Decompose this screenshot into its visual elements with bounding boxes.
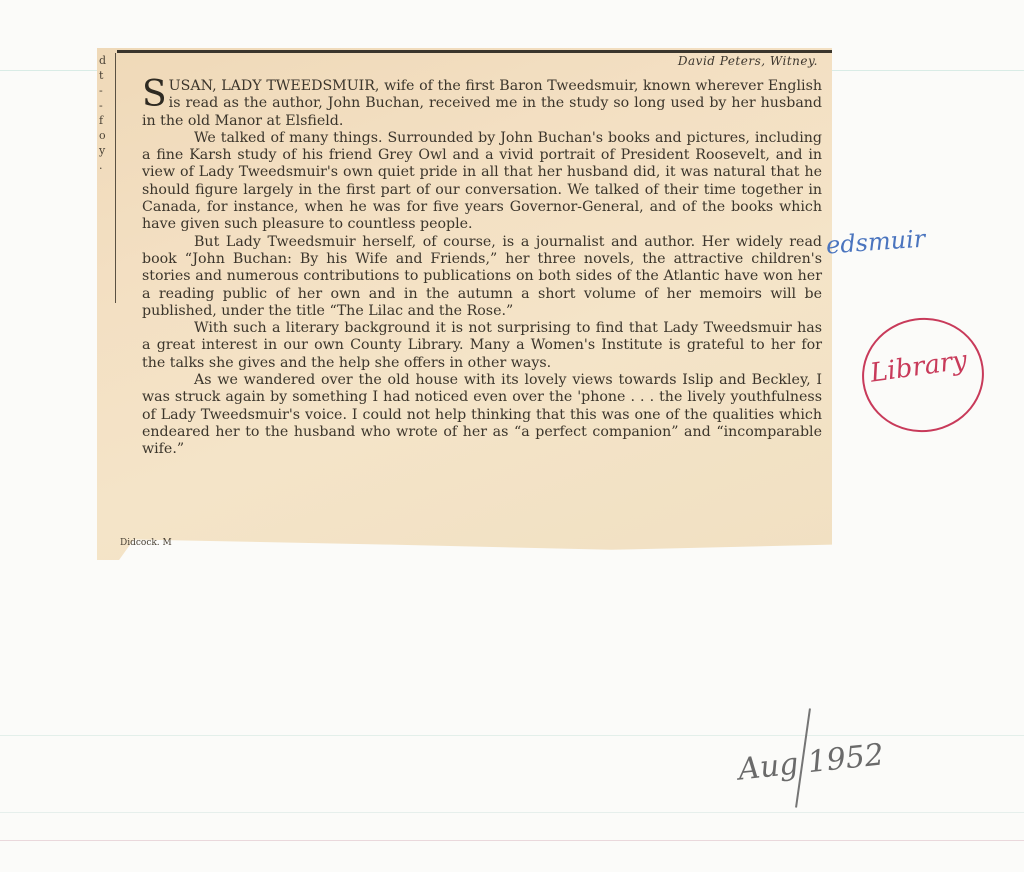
fragment-char: d [99,53,115,68]
paragraph: As we wandered over the old house with i… [142,372,822,458]
fragment-char: . [99,158,115,173]
paragraph: With such a literary background it is no… [142,320,822,372]
adjacent-column-fragment: d t - - f o y . [97,53,116,303]
fragment-char: o [99,128,115,143]
card-ruling-line [0,812,1024,813]
card-ruling-line [0,840,1024,841]
torn-scrap-text: Didcock. M [120,538,172,548]
paragraph: SUSAN, LADY TWEEDSMUIR, wife of the firs… [142,78,822,130]
paragraph: But Lady Tweedsmuir herself, of course, … [142,234,822,320]
blue-ink-annotation: edsmuir [825,225,926,260]
fragment-char: y [99,143,115,158]
fragment-char: - [99,83,115,98]
article-body: SUSAN, LADY TWEEDSMUIR, wife of the firs… [142,78,822,459]
card-ruling-line [0,735,1024,736]
newspaper-clipping: d t - - f o y . David Peters, Witney. SU… [97,48,832,560]
column-rule [117,50,832,53]
paragraph-text: USAN, LADY TWEEDSMUIR, wife of the first… [142,78,822,129]
drop-cap: S [142,80,167,110]
pencil-date-annotation: Aug 1952 [737,737,886,787]
fragment-char: - [99,98,115,113]
fragment-char: t [99,68,115,83]
paragraph: We talked of many things. Surrounded by … [142,130,822,234]
fragment-char: f [99,113,115,128]
byline: David Peters, Witney. [678,54,818,68]
